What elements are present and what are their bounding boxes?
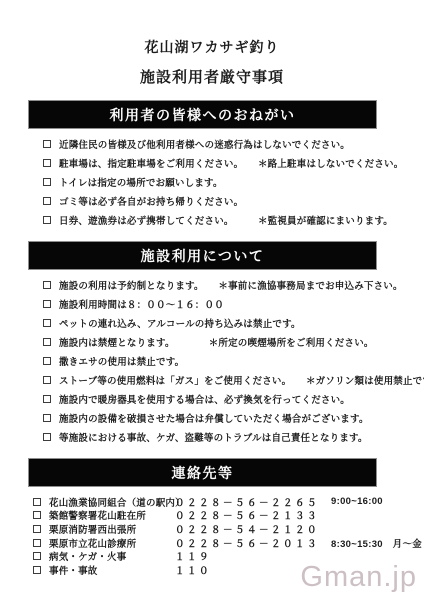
section-heading-facility-use: 施設利用について (28, 241, 377, 270)
checkbox-icon (43, 178, 51, 186)
contact-name: 栗原消防署西出張所 (49, 522, 175, 536)
rules-list-users-request: 近隣住民の皆様及び他利用者様への迷惑行為はしないでください。 駐車場は、指定駐車… (0, 134, 424, 229)
rule-text: 駐車場は、指定駐車場をご利用ください。 ＊路上駐車はしないでください。 (59, 156, 403, 170)
rule-text: 撒きエサの使用は禁止です。 (59, 354, 184, 368)
rule-text: 近隣住民の皆様及び他利用者様への迷惑行為はしないでください。 (59, 137, 350, 151)
section-heading-users-request: 利用者の皆様へのおねがい (28, 100, 377, 129)
rule-item: 日券、遊漁券は必ず携帯してください。 ＊監視員が確認にまいります。 (0, 210, 424, 229)
checkbox-icon (33, 525, 41, 533)
rule-item: 撒きエサの使用は禁止です。 (0, 351, 424, 370)
checkbox-icon (43, 433, 51, 441)
checkbox-icon (33, 552, 41, 560)
contact-hours: 8:30~15:30 月～金 (331, 536, 422, 550)
checkbox-icon (43, 281, 51, 289)
rule-text: 施設内の設備を破損させた場合は弁償していただく場合がございます。 (59, 411, 369, 425)
checkbox-icon (43, 376, 51, 384)
rule-text: 日券、遊漁券は必ず携帯してください。 ＊監視員が確認にまいります。 (59, 213, 393, 227)
contact-row: 築館警察署花山駐在所０２２８－５６－２１３３ (0, 509, 424, 523)
contact-phone: ０２２８－５６－２０１３ (175, 536, 319, 550)
contact-name: 事件・事故 (49, 563, 175, 577)
contact-name: 花山漁業協同組合（道の駅内） (49, 495, 175, 509)
rule-text: 施設の利用は予約制となります。 ＊事前に漁協事務局までお申込み下さい。 (59, 278, 403, 292)
watermark-logo: Gman.jp (300, 561, 417, 594)
rule-item: 施設の利用は予約制となります。 ＊事前に漁協事務局までお申込み下さい。 (0, 275, 424, 294)
rule-text: 施設内で暖房器具を使用する場合は、必ず換気を行ってください。 (59, 392, 350, 406)
checkbox-icon (43, 197, 51, 205)
checkbox-icon (43, 357, 51, 365)
checkbox-icon (33, 511, 41, 519)
rule-item: トイレは指定の場所でお願いします。 (0, 172, 424, 191)
contact-row: 栗原消防署西出張所０２２８－５４－２１２０ (0, 522, 424, 536)
section-heading-contacts: 連絡先等 (28, 458, 377, 487)
notice-document: 花山湖ワカサギ釣り 施設利用者厳守事項 利用者の皆様へのおねがい 近隣住民の皆様… (0, 0, 424, 600)
rule-text: 等施設における事故、ケガ、盗難等のトラブルは自己責任となります。 (59, 430, 368, 444)
rule-item: 施設内の設備を破損させた場合は弁償していただく場合がございます。 (0, 408, 424, 427)
contact-hours: 9:00~16:00 (331, 496, 383, 507)
rule-item: ゴミ等は必ず各自がお持ち帰りください。 (0, 191, 424, 210)
rule-item: 施設内は禁煙となります。 ＊所定の喫煙場所をご利用ください。 (0, 332, 424, 351)
contact-row: 花山漁業協同組合（道の駅内）０２２８－５６－２２６５9:00~16:00 (0, 495, 424, 509)
contact-phone: １１０ (175, 563, 211, 577)
rule-item: 等施設における事故、ケガ、盗難等のトラブルは自己責任となります。 (0, 427, 424, 446)
contact-row: 栗原市立花山診療所０２２８－５６－２０１３8:30~15:30 月～金 (0, 536, 424, 550)
checkbox-icon (33, 498, 41, 506)
rule-text: トイレは指定の場所でお願いします。 (59, 175, 223, 189)
rule-text: ゴミ等は必ず各自がお持ち帰りください。 (59, 194, 243, 208)
contact-name: 病気・ケガ・火事 (49, 549, 175, 563)
contact-phone: ０２２８－５６－２２６５ (175, 495, 319, 509)
contact-phone: ０２２８－５６－２１３３ (175, 508, 319, 522)
rule-item: ストーブ等の使用燃料は「ガス」をご使用ください。 ＊ガソリン類は使用禁止です。 (0, 370, 424, 389)
checkbox-icon (43, 414, 51, 422)
rules-list-facility-use: 施設の利用は予約制となります。 ＊事前に漁協事務局までお申込み下さい。 施設利用… (0, 275, 424, 446)
rule-text: 施設内は禁煙となります。 ＊所定の喫煙場所をご利用ください。 (59, 335, 374, 349)
contact-phone: ０２２８－５４－２１２０ (175, 522, 319, 536)
rule-item: ペットの連れ込み、アルコールの持ち込みは禁止です。 (0, 313, 424, 332)
rule-item: 施設利用時間は８：００～１６：００ (0, 294, 424, 313)
doc-title-line1: 花山湖ワカサギ釣り (0, 0, 424, 57)
contact-name: 栗原市立花山診療所 (49, 536, 175, 550)
doc-title-line2: 施設利用者厳守事項 (0, 66, 424, 87)
checkbox-icon (43, 319, 51, 327)
rule-text: ストーブ等の使用燃料は「ガス」をご使用ください。 ＊ガソリン類は使用禁止です。 (59, 373, 424, 387)
checkbox-icon (43, 338, 51, 346)
contact-phone: １１９ (175, 549, 211, 563)
checkbox-icon (43, 300, 51, 308)
rule-item: 駐車場は、指定駐車場をご利用ください。 ＊路上駐車はしないでください。 (0, 153, 424, 172)
rule-item: 近隣住民の皆様及び他利用者様への迷惑行為はしないでください。 (0, 134, 424, 153)
rule-text: ペットの連れ込み、アルコールの持ち込みは禁止です。 (59, 316, 301, 330)
rule-text: 施設利用時間は８：００～１６：００ (59, 297, 224, 311)
checkbox-icon (43, 395, 51, 403)
rule-item: 施設内で暖房器具を使用する場合は、必ず換気を行ってください。 (0, 389, 424, 408)
checkbox-icon (43, 159, 51, 167)
checkbox-icon (43, 140, 51, 148)
checkbox-icon (33, 539, 41, 547)
checkbox-icon (43, 216, 51, 224)
checkbox-icon (33, 566, 41, 574)
contact-name: 築館警察署花山駐在所 (49, 508, 175, 522)
